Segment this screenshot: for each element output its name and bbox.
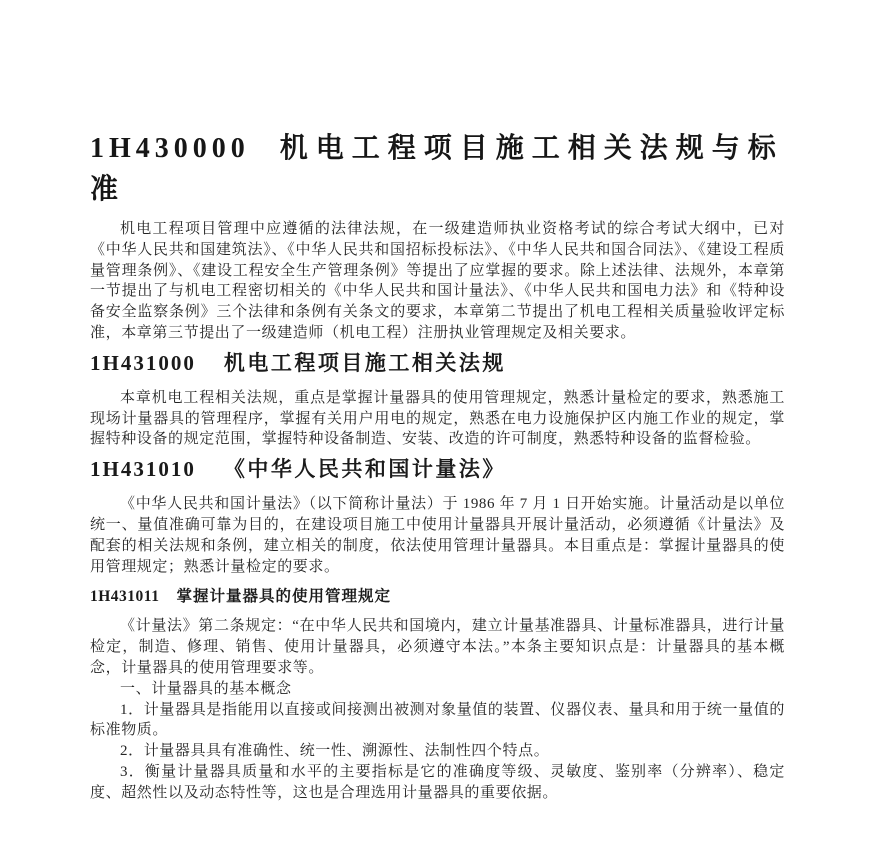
topic-title: 《中华人民共和国计量法》 [224, 457, 506, 481]
clause-code: 1H431011 [90, 588, 159, 605]
list-item: 1．计量器具是指能用以直接或间接测出被测对象量值的装置、仪器仪表、量具和用于统一… [90, 700, 785, 742]
chapter-intro-paragraph: 机电工程项目管理中应遵循的法律法规，在一级建造师执业资格考试的综合考试大纲中，已… [90, 219, 785, 344]
topic-code: 1H431010 [90, 457, 196, 481]
section-summary-paragraph: 本章机电工程相关法规，重点是掌握计量器具的使用管理规定，熟悉计量检定的要求，熟悉… [90, 388, 785, 450]
topic-heading: 1H431010《中华人民共和国计量法》 [90, 455, 785, 483]
list-item: 3．衡量计量器具质量和水平的主要指标是它的准确度等级、灵敏度、鉴别率（分辨率）、… [90, 762, 785, 804]
topic-intro-paragraph: 《中华人民共和国计量法》（以下简称计量法）于 1986 年 7 月 1 日开始实… [90, 494, 785, 577]
list-item: 2．计量器具具有准确性、统一性、溯源性、法制性四个特点。 [90, 741, 785, 762]
chapter-heading: 1H430000机电工程项目施工相关法规与标准 [90, 128, 785, 210]
chapter-code: 1H430000 [90, 133, 250, 164]
clause-body-paragraph: 《计量法》第二条规定：“在中华人民共和国境内，建立计量基准器具、计量标准器具，进… [90, 616, 785, 678]
section-code: 1H431000 [90, 351, 196, 375]
clause-heading: 1H431011掌握计量器具的使用管理规定 [90, 587, 785, 607]
document-page: 1H430000机电工程项目施工相关法规与标准 机电工程项目管理中应遵循的法律法… [0, 0, 870, 842]
clause-title: 掌握计量器具的使用管理规定 [176, 588, 391, 605]
section-title: 机电工程项目施工相关法规 [224, 351, 506, 375]
list-heading: 一、计量器具的基本概念 [90, 679, 785, 700]
section-heading: 1H431000机电工程项目施工相关法规 [90, 349, 785, 377]
